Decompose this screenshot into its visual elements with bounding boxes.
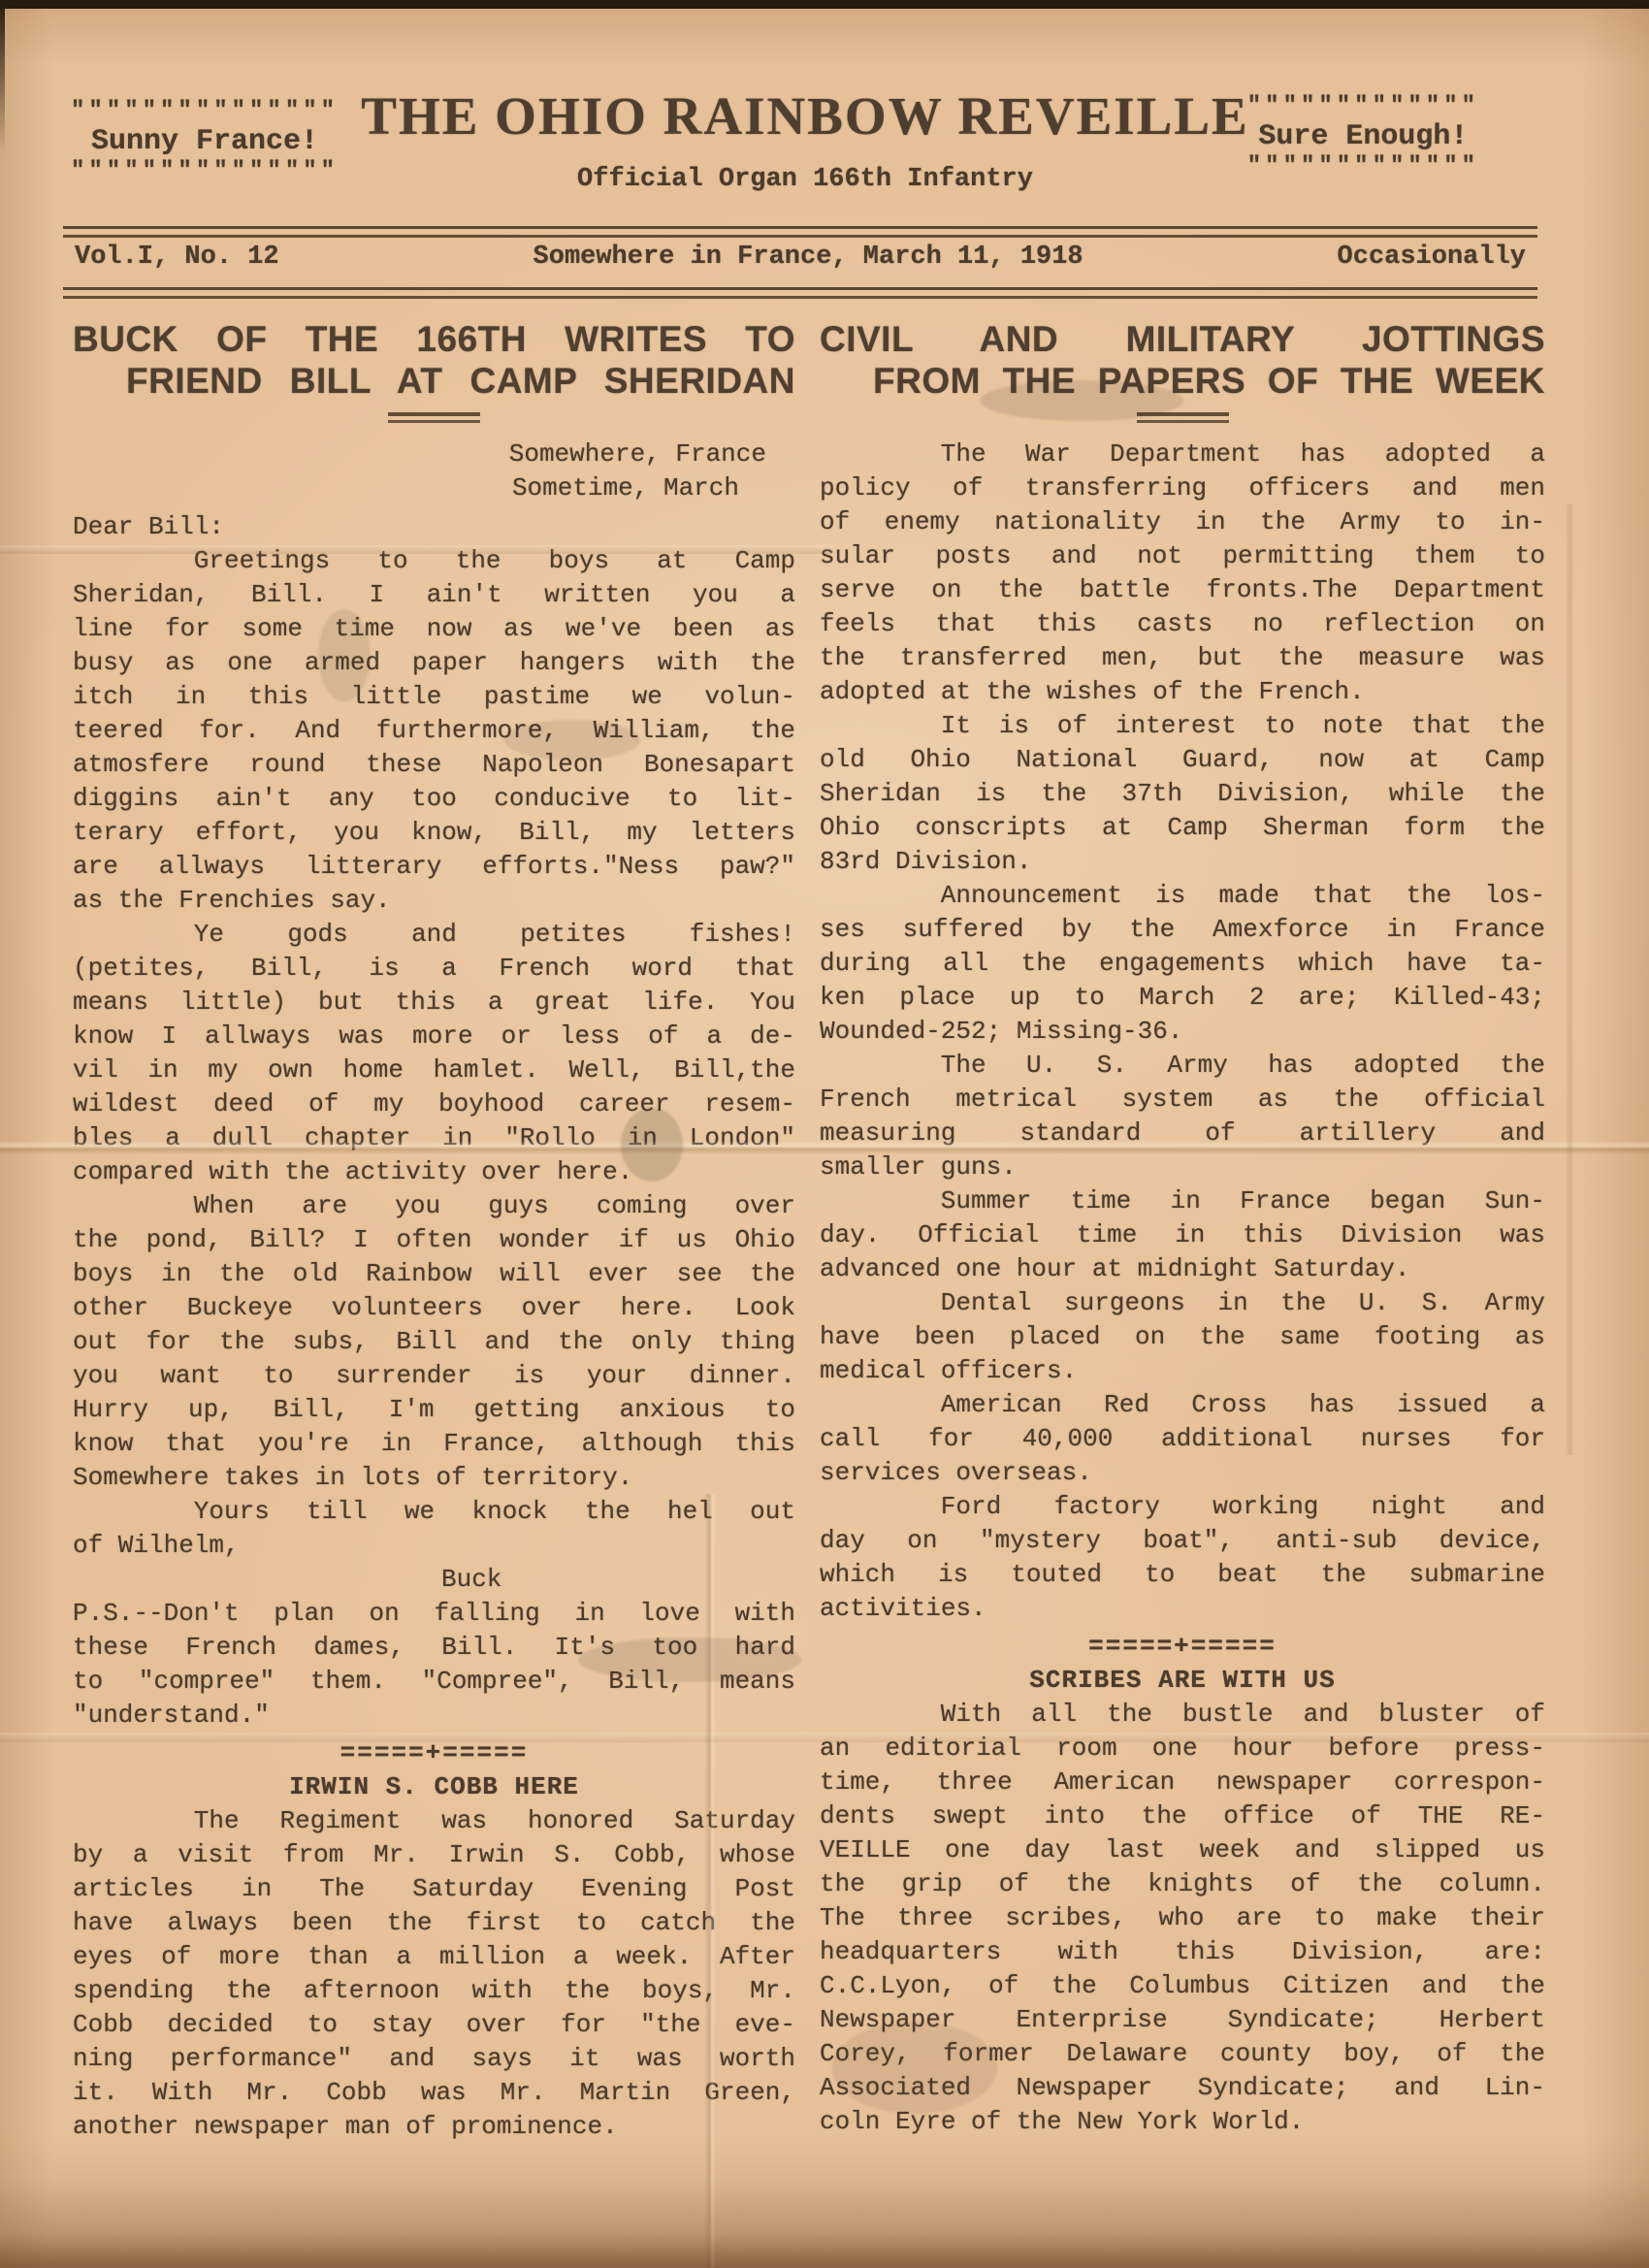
paragraph-line: busy as one armed paper hangers with the <box>73 646 795 680</box>
paragraph-line: French metrical system as the official <box>820 1083 1545 1117</box>
paragraph-line: are allways litterary efforts."Ness paw?… <box>73 850 795 884</box>
paragraph-line: Associated Newspaper Syndicate; and Lin- <box>820 2071 1545 2105</box>
paragraph-line: vil in my own home hamlet. Well, Bill,th… <box>73 1053 795 1087</box>
paragraph: Summer time in France began Sun-day. Off… <box>820 1184 1545 1286</box>
paragraph-line: have always been the first to catch the <box>73 1906 795 1940</box>
paragraph-line: it. With Mr. Cobb was Mr. Martin Green, <box>73 2076 795 2110</box>
horizontal-double-rule <box>63 287 1537 299</box>
publication-frequency: Occasionally <box>1338 243 1526 272</box>
headline-line: FRIEND BILL AT CAMP SHERIDAN <box>73 360 795 402</box>
scan-edge-bottom <box>0 2181 1649 2268</box>
paragraph-line: you want to surrender is your dinner. <box>73 1359 795 1393</box>
paragraph-line: teered for. And furthermore, William, th… <box>73 714 795 748</box>
paragraph: Announcement is made that the los-ses su… <box>820 879 1545 1049</box>
paragraph-line: other Buckeye volunteers over here. Look <box>73 1291 795 1325</box>
paragraph-line: Hurry up, Bill, I'm getting anxious to <box>73 1393 795 1427</box>
paragraph-line: means little) but this a great life. You <box>73 986 795 1020</box>
paragraph-line: coln Eyre of the New York World. <box>820 2105 1545 2139</box>
paragraph-line: measuring standard of artillery and <box>820 1117 1545 1150</box>
paragraph-line: Corey, former Delaware county boy, of th… <box>820 2037 1545 2071</box>
paragraph-line: Wounded-252; Missing-36. <box>820 1015 1545 1049</box>
headline-underline-rule <box>388 412 480 423</box>
paragraph-line: When are you guys coming over <box>73 1189 795 1223</box>
paragraph-line: time, three American newspaper correspon… <box>820 1766 1545 1799</box>
paragraph-line: The three scribes, who are to make their <box>820 1901 1545 1935</box>
paragraph-line: ning performance" and says it was worth <box>73 2042 795 2076</box>
paragraph-line: VEILLE one day last week and slipped us <box>820 1833 1545 1867</box>
dateline-row: Vol.I, No. 12 Somewhere in France, March… <box>75 243 1526 272</box>
headline-line: BUCK OF THE 166TH WRITES TO <box>73 318 795 360</box>
paragraph-line: the grip of the knights of the column. <box>820 1867 1545 1901</box>
paragraph-line: itch in this little pastime we volun- <box>73 680 795 714</box>
paragraph: P.S.--Don't plan on falling in love with… <box>73 1597 795 1733</box>
paragraph-line: Newspaper Enterprise Syndicate; Herbert <box>820 2003 1545 2037</box>
paragraph: The Regiment was honored Saturdayby a vi… <box>73 1804 795 2144</box>
paragraph: Greetings to the boys at CampSheridan, B… <box>73 544 795 918</box>
paragraph-line: out for the subs, Bill and the only thin… <box>73 1325 795 1359</box>
slogan-right-label: Sure Enough! <box>1247 121 1479 152</box>
paragraph-line: services overseas. <box>820 1456 1545 1490</box>
scan-edge-top <box>0 0 1649 9</box>
paragraph: Ford factory working night andday on "my… <box>820 1490 1545 1626</box>
paragraph-line: advanced one hour at midnight Saturday. <box>820 1252 1545 1286</box>
paragraph: With all the bustle and bluster ofan edi… <box>820 1698 1545 2139</box>
paragraph-line: terary effort, you know, Bill, my letter… <box>73 816 795 850</box>
paragraph-line: compared with the activity over here. <box>73 1155 795 1189</box>
paragraph: Ye gods and petites fishes!(petites, Bil… <box>73 918 795 1189</box>
paragraph-line: "understand." <box>73 1699 795 1733</box>
paragraph-line: of Wilhelm, <box>73 1529 795 1563</box>
headline-line: CIVIL AND MILITARY JOTTINGS <box>820 318 1545 360</box>
paragraph-line: adopted at the wishes of the French. <box>820 675 1545 709</box>
letter-signature: Buck <box>73 1563 795 1597</box>
paragraph-line: by a visit from Mr. Irwin S. Cobb, whose <box>73 1838 795 1872</box>
paragraph-line: (petites, Bill, is a French word that <box>73 952 795 986</box>
paragraph-line: Somewhere takes in lots of territory. <box>73 1461 795 1495</box>
paragraph-line: know I allways was more or less of a de- <box>73 1020 795 1053</box>
paragraph-line: day. Official time in this Division was <box>820 1218 1545 1252</box>
paragraph-line: Ford factory working night and <box>820 1490 1545 1524</box>
horizontal-double-rule <box>63 226 1537 238</box>
paragraph-line: medical officers. <box>820 1354 1545 1388</box>
section-separator: =====+===== <box>820 1630 1545 1664</box>
paragraph-line: the pond, Bill? I often wonder if us Ohi… <box>73 1223 795 1257</box>
paragraph-line: dents swept into the office of THE RE- <box>820 1799 1545 1833</box>
paragraph-line: old Ohio National Guard, now at Camp <box>820 743 1545 777</box>
paragraph-line: Yours till we knock the hel out <box>73 1495 795 1529</box>
left-column: BUCK OF THE 166TH WRITES TOFRIEND BILL A… <box>73 318 795 2144</box>
section-separator: =====+===== <box>73 1736 795 1770</box>
headline-line: FROM THE PAPERS OF THE WEEK <box>820 360 1545 402</box>
paper-fold-crease <box>1566 504 1574 1455</box>
paragraph-line: an editorial room one hour before press- <box>820 1732 1545 1766</box>
paragraph-line: boys in the old Rainbow will ever see th… <box>73 1257 795 1291</box>
masthead: """"""""""""""" Sunny France! """"""""""… <box>63 0 1547 320</box>
paragraph-line: 83rd Division. <box>820 845 1545 879</box>
paragraph-line: Announcement is made that the los- <box>820 879 1545 913</box>
paragraph-line: American Red Cross has issued a <box>820 1388 1545 1422</box>
paragraph-line: Ye gods and petites fishes! <box>73 918 795 952</box>
paragraph-line: The War Department has adopted a <box>820 437 1545 471</box>
paragraph-line: The Regiment was honored Saturday <box>73 1804 795 1838</box>
paragraph-line: feels that this casts no reflection on <box>820 607 1545 641</box>
quote-marks-row: """"""""""""" <box>1247 152 1479 181</box>
paragraph-line: the transferred men, but the measure was <box>820 641 1545 675</box>
paragraph-line: as the Frenchies say. <box>73 884 795 918</box>
section-subhead: SCRIBES ARE WITH US <box>820 1664 1545 1698</box>
paragraph-line: smaller guns. <box>820 1150 1545 1184</box>
letter-place-line: Somewhere, France <box>73 437 795 471</box>
paragraph-line: serve on the battle fronts.The Departmen… <box>820 573 1545 607</box>
letter-salutation: Dear Bill: <box>73 510 795 544</box>
headline-underline-rule <box>1137 412 1229 423</box>
paragraph-line: With all the bustle and bluster of <box>820 1698 1545 1732</box>
paragraph-line: call for 40,000 additional nurses for <box>820 1422 1545 1456</box>
paragraph-line: atmosfere round these Napoleon Bonesapar… <box>73 748 795 782</box>
paragraph-line: activities. <box>820 1592 1545 1626</box>
paragraph-line: bles a dull chapter in "Rollo in London" <box>73 1121 795 1155</box>
paragraph-line: The U. S. Army has adopted the <box>820 1049 1545 1083</box>
paragraph: The War Department has adopted apolicy o… <box>820 437 1545 709</box>
paragraph-line: line for some time now as we've been as <box>73 612 795 646</box>
paragraph-line: Dental surgeons in the U. S. Army <box>820 1286 1545 1320</box>
scan-edge-left <box>0 0 5 155</box>
paragraph-line: another newspaper man of prominence. <box>73 2110 795 2144</box>
section-subhead: IRWIN S. COBB HERE <box>73 1770 795 1804</box>
article-headline: BUCK OF THE 166TH WRITES TOFRIEND BILL A… <box>73 318 795 402</box>
paragraph-line: Sheridan, Bill. I ain't written you a <box>73 578 795 612</box>
paragraph-line: Cobb decided to stay over for "the eve- <box>73 2008 795 2042</box>
paragraph-line: headquarters with this Division, are: <box>820 1935 1545 1969</box>
paragraph-line: It is of interest to note that the <box>820 709 1545 743</box>
paragraph-line: diggins ain't any too conducive to lit- <box>73 782 795 816</box>
paragraph-line: have been placed on the same footing as <box>820 1320 1545 1354</box>
newspaper-page: """"""""""""""" Sunny France! """"""""""… <box>0 0 1649 2268</box>
paragraph-line: eyes of more than a million a week. Afte… <box>73 1940 795 1974</box>
paragraph-line: policy of transferring officers and men <box>820 471 1545 505</box>
paragraph-line: these French dames, Bill. It's too hard <box>73 1631 795 1665</box>
paragraph-line: day on "mystery boat", anti-sub device, <box>820 1524 1545 1558</box>
paragraph-line: sular posts and not permitting them to <box>820 539 1545 573</box>
volume-number: Vol.I, No. 12 <box>75 243 279 272</box>
article-headline: CIVIL AND MILITARY JOTTINGSFROM THE PAPE… <box>820 318 1545 402</box>
paragraph-line: to "compree" them. "Compree", Bill, mean… <box>73 1665 795 1699</box>
paragraph-line: ken place up to March 2 are; Killed-43; <box>820 981 1545 1015</box>
paragraph-line: spending the afternoon with the boys, Mr… <box>73 1974 795 2008</box>
paragraph: Yours till we knock the hel outof Wilhel… <box>73 1495 795 1563</box>
paragraph: The U. S. Army has adopted theFrench met… <box>820 1049 1545 1184</box>
paragraph-line: C.C.Lyon, of the Columbus Citizen and th… <box>820 1969 1545 2003</box>
quote-marks-row: """"""""""""" <box>1247 92 1479 121</box>
paragraph: It is of interest to note that theold Oh… <box>820 709 1545 879</box>
paragraph-line: Ohio conscripts at Camp Sherman form the <box>820 811 1545 845</box>
paragraph-line: articles in The Saturday Evening Post <box>73 1872 795 1906</box>
letter-date-line: Sometime, March <box>73 471 795 505</box>
paragraph-line: Summer time in France began Sun- <box>820 1184 1545 1218</box>
masthead-slogan-right: """"""""""""" Sure Enough! """"""""""""" <box>1247 92 1479 181</box>
paragraph-line: P.S.--Don't plan on falling in love with <box>73 1597 795 1631</box>
right-column: CIVIL AND MILITARY JOTTINGSFROM THE PAPE… <box>820 318 1545 2139</box>
paragraph-line: ses suffered by the Amexforce in France <box>820 913 1545 947</box>
paragraph-line: wildest deed of my boyhood career resem- <box>73 1087 795 1121</box>
paragraph-line: of enemy nationality in the Army to in- <box>820 505 1545 539</box>
paragraph: When are you guys coming overthe pond, B… <box>73 1189 795 1495</box>
paragraph-line: Greetings to the boys at Camp <box>73 544 795 578</box>
paragraph-line: which is touted to beat the submarine <box>820 1558 1545 1592</box>
paragraph: Dental surgeons in the U. S. Armyhave be… <box>820 1286 1545 1388</box>
paragraph-line: during all the engagements which have ta… <box>820 947 1545 981</box>
paragraph-line: know that you're in France, although thi… <box>73 1427 795 1461</box>
paragraph-line: Sheridan is the 37th Division, while the <box>820 777 1545 811</box>
place-and-date: Somewhere in France, March 11, 1918 <box>533 243 1083 272</box>
paragraph: American Red Cross has issued acall for … <box>820 1388 1545 1490</box>
